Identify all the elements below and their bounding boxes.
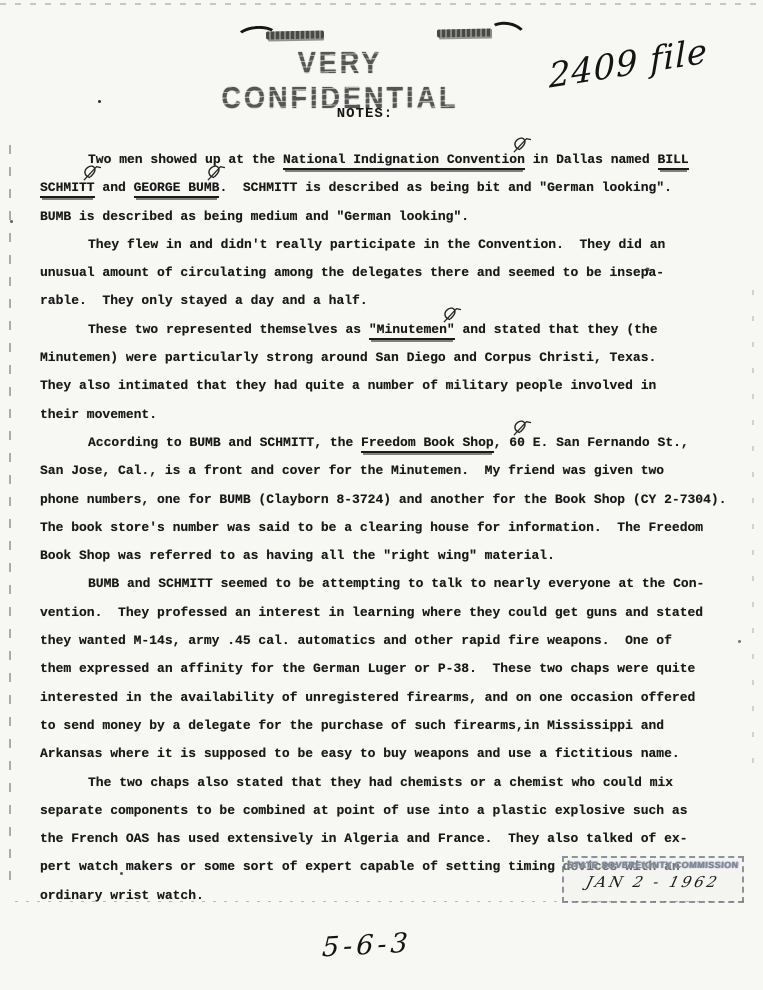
scan-right-line (752, 290, 754, 770)
document-line: to send money by a delegate for the purc… (40, 712, 750, 740)
document-line: SCHMITT and GEORGE BUMB. SCHMITT is desc… (40, 174, 750, 202)
underlined-text: GEORGE BUMB (134, 180, 220, 198)
underlined-text: SCHMITT (40, 180, 95, 198)
document-line: BUMB and SCHMITT seemed to be attempting… (40, 570, 750, 598)
document-line: unusual amount of circulating among the … (40, 259, 750, 287)
notes-heading: NOTES: (0, 106, 730, 122)
text-segment: BUMB is described as being medium and "G… (40, 209, 469, 224)
document-line: San Jose, Cal., is a front and cover for… (40, 457, 750, 485)
text-segment: to send money by a delegate for the purc… (40, 718, 664, 733)
document-page: VERY CONFIDENTIAL 2409 file NOTES: Two m… (0, 0, 763, 990)
flourish-mark-icon (205, 164, 227, 182)
scan-specks (98, 100, 101, 103)
document-line: The book store's number was said to be a… (40, 514, 750, 542)
text-segment: Arkansas where it is supposed to be easy… (40, 746, 680, 761)
text-segment: They flew in and didn't really participa… (88, 237, 665, 252)
document-line: Arkansas where it is supposed to be easy… (40, 740, 750, 768)
text-segment: and stated that they (the (455, 322, 658, 337)
text-segment: San Jose, Cal., is a front and cover for… (40, 463, 664, 478)
text-segment: According to BUMB and SCHMITT, the (88, 435, 361, 450)
obliterated-text-smudge (266, 30, 324, 39)
text-segment: . SCHMITT is described as being bit and … (219, 180, 671, 195)
document-line: interested in the availability of unregi… (40, 684, 750, 712)
flourish-mark-icon (81, 164, 103, 182)
text-segment: vention. They professed an interest in l… (40, 605, 703, 620)
text-segment: The book store's number was said to be a… (40, 520, 703, 535)
handwritten-page-number: 5-6-3 (321, 928, 412, 964)
text-segment: in Dallas named (525, 152, 658, 167)
text-segment: These two represented themselves as (88, 322, 369, 337)
text-segment: separate components to be combined at po… (40, 803, 688, 818)
document-line: them expressed an affinity for the Germa… (40, 655, 750, 683)
pen-arc-icon (486, 19, 528, 49)
document-line: they wanted M-14s, army .45 cal. automat… (40, 627, 750, 655)
text-segment: Minutemen) were particularly strong arou… (40, 350, 656, 365)
document-line: Two men showed up at the National Indign… (40, 146, 750, 174)
text-segment: and (95, 180, 134, 195)
document-line: Book Shop was referred to as having all … (40, 542, 750, 570)
underlined-text: BILL (658, 152, 689, 170)
scan-left-line (9, 145, 11, 890)
text-segment: they wanted M-14s, army .45 cal. automat… (40, 633, 672, 648)
document-line: They flew in and didn't really participa… (40, 231, 750, 259)
document-line: These two represented themselves as "Min… (40, 316, 750, 344)
text-segment: phone numbers, one for BUMB (Clayborn 8-… (40, 492, 727, 507)
document-line: They also intimated that they had quite … (40, 372, 750, 400)
document-line: BUMB is described as being medium and "G… (40, 203, 750, 231)
underlined-text: National Indignation Convention (283, 152, 525, 170)
document-body: Two men showed up at the National Indign… (40, 146, 750, 910)
text-segment: The two chaps also stated that they had … (88, 775, 673, 790)
received-stamp-date: JAN 2 - 1962 (562, 873, 744, 891)
text-segment: the French OAS has used extensively in A… (40, 831, 688, 846)
flourish-mark-icon (511, 419, 533, 437)
flourish-mark-icon (441, 306, 463, 324)
text-segment: their movement. (40, 407, 157, 422)
text-segment: E. San Fernando St., (525, 435, 689, 450)
text-segment: BUMB and SCHMITT seemed to be attempting… (88, 576, 704, 591)
document-line: According to BUMB and SCHMITT, the Freed… (40, 429, 750, 457)
text-segment: Two men showed up at the (88, 152, 283, 167)
flourish-mark-icon (511, 136, 533, 154)
scan-bottom-dots (15, 901, 747, 902)
text-segment: rable. They only stayed a day and a half… (40, 293, 368, 308)
text-segment: Book Shop was referred to as having all … (40, 548, 555, 563)
document-line: the French OAS has used extensively in A… (40, 825, 750, 853)
text-segment: , (494, 435, 510, 450)
document-line: Minutemen) were particularly strong arou… (40, 344, 750, 372)
document-line: vention. They professed an interest in l… (40, 599, 750, 627)
text-segment: interested in the availability of unregi… (40, 690, 695, 705)
document-line: The two chaps also stated that they had … (40, 769, 750, 797)
document-line: phone numbers, one for BUMB (Clayborn 8-… (40, 486, 750, 514)
received-stamp-agency: STATE SOVEREIGNTY COMMISSION (564, 860, 743, 870)
handwritten-file-note: 2409 file (549, 31, 709, 97)
underlined-text: Freedom Book Shop (361, 435, 494, 453)
underlined-text: "Minutemen" (369, 322, 455, 340)
document-line: separate components to be combined at po… (40, 797, 750, 825)
text-segment: 60 (509, 435, 525, 450)
document-line: rable. They only stayed a day and a half… (40, 287, 750, 315)
obliterated-text-smudge (437, 29, 492, 38)
text-segment: unusual amount of circulating among the … (40, 265, 664, 280)
text-segment: them expressed an affinity for the Germa… (40, 661, 695, 676)
received-stamp-box: STATE SOVEREIGNTY COMMISSION JAN 2 - 196… (562, 856, 744, 903)
text-segment: They also intimated that they had quite … (40, 378, 656, 393)
scan-edge-dots (0, 3, 763, 5)
document-line: their movement. (40, 401, 750, 429)
